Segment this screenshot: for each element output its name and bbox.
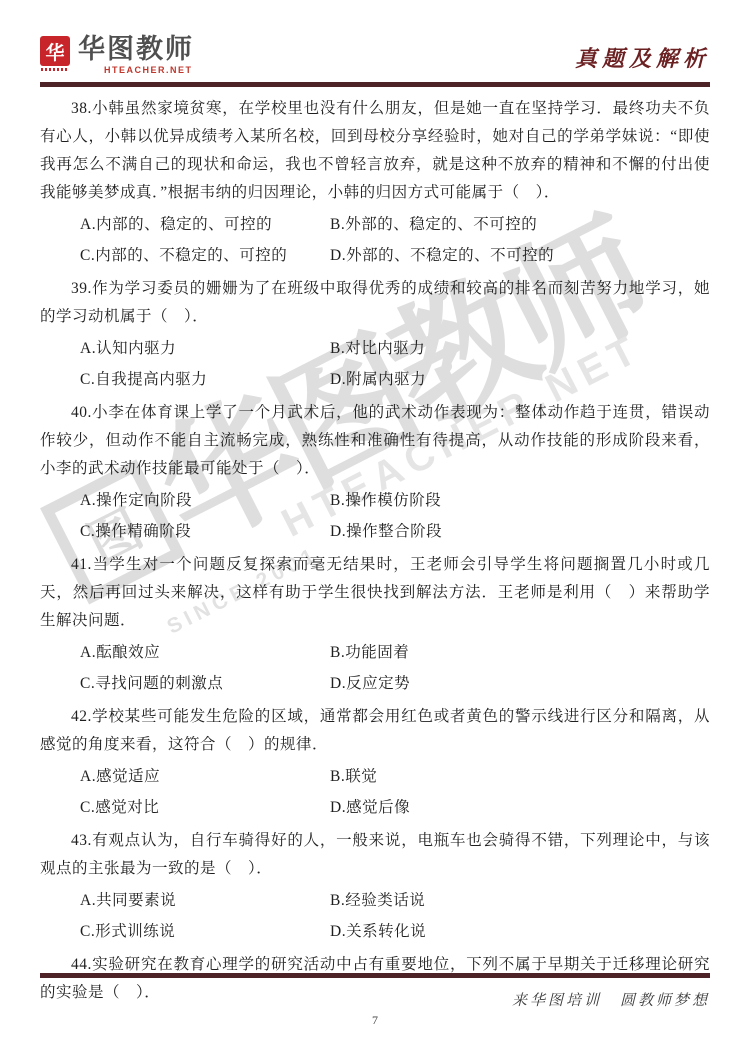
question-text: 40.小李在体育课上学了一个月武术后，他的武术动作表现为：整体动作趋于连贯，错误… [40, 399, 710, 483]
header-rule [40, 82, 710, 87]
page-number: 7 [40, 1013, 710, 1028]
option-b: B.对比内驱力 [330, 333, 710, 364]
options-grid: A.酝酿效应 B.功能固着 C.寻找问题的刺激点 D.反应定势 [40, 637, 710, 699]
option-b: B.经验类话说 [330, 885, 710, 916]
brand-name: 华图教师 [78, 36, 194, 63]
question-text: 38.小韩虽然家境贫寒，在学校里也没有什么朋友，但是她一直在坚持学习．最终功夫不… [40, 95, 710, 207]
options-grid: A.内部的、稳定的、可控的 B.外部的、稳定的、不可控的 C.内部的、不稳定的、… [40, 209, 710, 271]
option-d: D.关系转化说 [330, 916, 710, 947]
question-text: 42.学校某些可能发生危险的区域，通常都会用红色或者黄色的警示线进行区分和隔离，… [40, 703, 710, 759]
question-38: 38.小韩虽然家境贫寒，在学校里也没有什么朋友，但是她一直在坚持学习．最终功夫不… [40, 95, 710, 271]
option-d: D.反应定势 [330, 668, 710, 699]
option-c: C.寻找问题的刺激点 [80, 668, 330, 699]
questions-area: 38.小韩虽然家境贫寒，在学校里也没有什么朋友，但是她一直在坚持学习．最终功夫不… [0, 87, 750, 1007]
option-c: C.自我提高内驱力 [80, 364, 330, 395]
brand-domain: HTEACHER.NET [104, 66, 194, 75]
option-b: B.操作模仿阶段 [330, 485, 710, 516]
option-b: B.联觉 [330, 761, 710, 792]
option-b: B.外部的、稳定的、不可控的 [330, 209, 710, 240]
option-a: A.共同要素说 [80, 885, 330, 916]
option-a: A.感觉适应 [80, 761, 330, 792]
question-text: 41.当学生对一个问题反复探索而毫无结果时，王老师会引导学生将问题搁置几小时或几… [40, 551, 710, 635]
question-text: 43.有观点认为，自行车骑得好的人，一般来说，电瓶车也会骑得不错，下列理论中，与… [40, 827, 710, 883]
option-a: A.操作定向阶段 [80, 485, 330, 516]
page-header: 华 华图教师 HTEACHER.NET 真题及解析 [0, 0, 750, 75]
page-footer: 来华图培训 圆教师梦想 7 [40, 973, 710, 1061]
options-grid: A.认知内驱力 B.对比内驱力 C.自我提高内驱力 D.附属内驱力 [40, 333, 710, 395]
options-grid: A.感觉适应 B.联觉 C.感觉对比 D.感觉后像 [40, 761, 710, 823]
question-41: 41.当学生对一个问题反复探索而毫无结果时，王老师会引导学生将问题搁置几小时或几… [40, 551, 710, 699]
footer-rule [40, 973, 710, 978]
logo-mark: 华 [40, 36, 70, 71]
footer-slogan: 来华图培训 圆教师梦想 [40, 989, 710, 1010]
option-d: D.外部的、不稳定的、不可控的 [330, 240, 710, 271]
question-text: 39.作为学习委员的姗姗为了在班级中取得优秀的成绩和较高的排名而刻苦努力地学习，… [40, 275, 710, 331]
huatu-logo-icon: 华 [40, 36, 70, 66]
logo-caption-text [41, 68, 69, 71]
option-c: C.操作精确阶段 [80, 516, 330, 547]
option-c: C.形式训练说 [80, 916, 330, 947]
option-d: D.附属内驱力 [330, 364, 710, 395]
option-d: D.操作整合阶段 [330, 516, 710, 547]
option-a: A.认知内驱力 [80, 333, 330, 364]
option-a: A.内部的、稳定的、可控的 [80, 209, 330, 240]
question-39: 39.作为学习委员的姗姗为了在班级中取得优秀的成绩和较高的排名而刻苦努力地学习，… [40, 275, 710, 395]
document-page: 华 华图教师 HTEACHER.NET 真题及解析 图 华图教师 HTEACHE… [0, 0, 750, 1061]
question-43: 43.有观点认为，自行车骑得好的人，一般来说，电瓶车也会骑得不错，下列理论中，与… [40, 827, 710, 947]
logo-text: 华图教师 HTEACHER.NET [78, 36, 194, 75]
huatu-logo: 华 华图教师 HTEACHER.NET [40, 36, 194, 75]
options-grid: A.操作定向阶段 B.操作模仿阶段 C.操作精确阶段 D.操作整合阶段 [40, 485, 710, 547]
option-a: A.酝酿效应 [80, 637, 330, 668]
option-b: B.功能固着 [330, 637, 710, 668]
question-42: 42.学校某些可能发生危险的区域，通常都会用红色或者黄色的警示线进行区分和隔离，… [40, 703, 710, 823]
option-c: C.感觉对比 [80, 792, 330, 823]
options-grid: A.共同要素说 B.经验类话说 C.形式训练说 D.关系转化说 [40, 885, 710, 947]
option-c: C.内部的、不稳定的、可控的 [80, 240, 330, 271]
doc-type-title: 真题及解析 [575, 42, 710, 75]
question-40: 40.小李在体育课上学了一个月武术后，他的武术动作表现为：整体动作趋于连贯，错误… [40, 399, 710, 547]
option-d: D.感觉后像 [330, 792, 710, 823]
